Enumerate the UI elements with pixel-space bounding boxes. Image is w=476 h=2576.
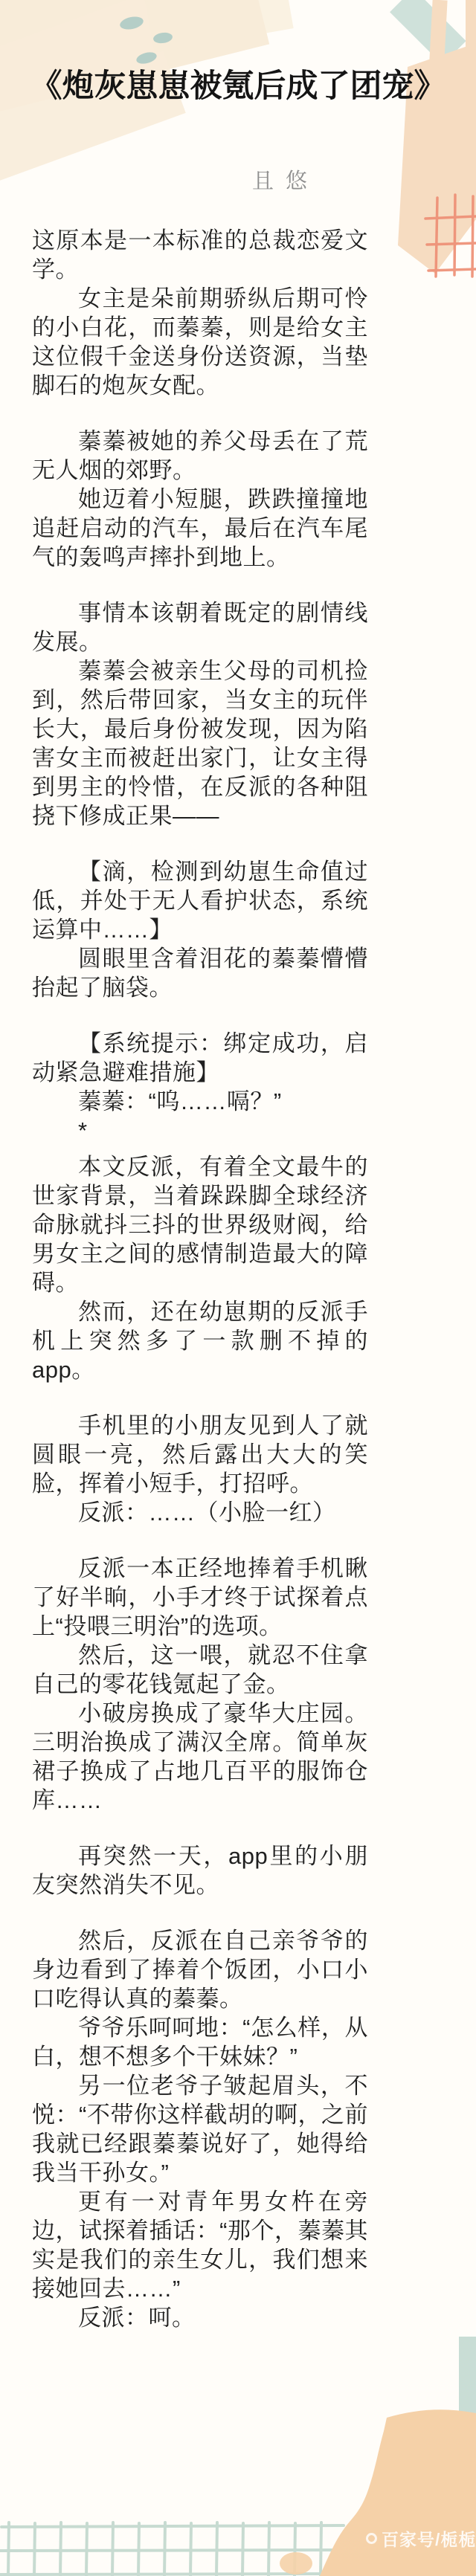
decor-bottom-grid bbox=[0, 2522, 344, 2576]
baijiahao-logo-icon bbox=[366, 2533, 377, 2544]
decor-right-teal-bar bbox=[459, 2337, 476, 2519]
decor-peach-stripe-narrow bbox=[428, 0, 447, 74]
paragraph: 反派：……（小脸一红） bbox=[32, 1498, 368, 1527]
author-name: 且 悠 bbox=[43, 164, 476, 195]
decor-top-right bbox=[390, 0, 476, 274]
paragraph: 再突然一天，app里的小朋友突然消失不见。 bbox=[32, 1841, 368, 1899]
paragraph: 蓁蓁被她的养父母丢在了荒无人烟的郊野。 bbox=[32, 427, 368, 485]
paragraph: 小破房换成了豪华大庄园。三明治换成了满汉全席。简单灰裙子换成了占地几百平的服饰仓… bbox=[32, 1699, 368, 1815]
paragraph: 然而，还在幼崽期的反派手机上突然多了一款删不掉的app。 bbox=[32, 1297, 368, 1384]
watermark: 百家号/栀栀推文 bbox=[366, 2526, 476, 2551]
watermark-text: 百家号/栀栀推文 bbox=[382, 2526, 476, 2551]
page-title: 《炮灰崽崽被氪后成了团宠》 bbox=[0, 68, 476, 105]
paragraph: 圆眼里含着泪花的蓁蓁懵懵抬起了脑袋。 bbox=[32, 944, 368, 1002]
paragraph: 爷爷乐呵呵地：“怎么样，从白，想不想多个干妹妹？” bbox=[32, 2013, 368, 2071]
paragraph: 然后，反派在自己亲爷爷的身边看到了捧着个饭团，小口小口吃得认真的蓁蓁。 bbox=[32, 1926, 368, 2013]
decor-coral-grid bbox=[425, 195, 476, 277]
paragraph: 女主是朵前期骄纵后期可怜的小白花，而蓁蓁，则是给女主这位假千金送身份送资源，当垫… bbox=[32, 284, 368, 400]
paragraph: * bbox=[32, 1116, 368, 1145]
paragraph: 手机里的小朋友见到人了就圆眼一亮，然后露出大大的笑脸，挥着小短手，打招呼。 bbox=[32, 1411, 368, 1498]
paragraph: 蓁蓁会被亲生父母的司机捡到，然后带回家，当女主的玩伴长大，最后身份被发现，因为陷… bbox=[32, 656, 368, 830]
paragraph: 蓁蓁：“呜……嗝？” bbox=[32, 1087, 368, 1116]
paragraph: 本文反派，有着全文最牛的世家背景，当着跺跺脚全球经济命脉就抖三抖的世界级财阀，给… bbox=[32, 1152, 368, 1297]
paragraph: 然后，这一喂，就忍不住拿自己的零花钱氪起了金。 bbox=[32, 1641, 368, 1699]
paragraph: 另一位老爷子皱起眉头，不悦：“不带你这样截胡的啊，之前我就已经跟蓁蓁说好了，她得… bbox=[32, 2071, 368, 2187]
paragraph: 【滴，检测到幼崽生命值过低，并处于无人看护状态，系统运算中……】 bbox=[32, 857, 368, 944]
paragraph: 事情本该朝着既定的剧情线发展。 bbox=[32, 598, 368, 656]
body-text: 这原本是一本标准的总裁恋爱文学。 女主是朵前期骄纵后期可怜的小白花，而蓁蓁，则是… bbox=[32, 226, 368, 2332]
page: 《炮灰崽崽被氪后成了团宠》 且 悠 这原本是一本标准的总裁恋爱文学。 女主是朵前… bbox=[0, 0, 476, 2576]
paragraph: 她迈着小短腿，跌跌撞撞地追赶启动的汽车，最后在汽车尾气的轰鸣声摔扑到地上。 bbox=[32, 485, 368, 572]
paragraph: 更有一对青年男女杵在旁边，试探着插话：“那个，蓁蓁其实是我们的亲生女儿，我们想来… bbox=[32, 2187, 368, 2303]
paragraph: 反派：呵。 bbox=[32, 2303, 368, 2332]
paragraph: 【系统提示：绑定成功，启动紧急避难措施】 bbox=[32, 1029, 368, 1087]
decor-bottom-right-blob bbox=[280, 2409, 476, 2576]
paragraph: 反派一本正经地捧着手机瞅了好半晌，小手才终于试探着点上“投喂三明治”的选项。 bbox=[32, 1554, 368, 1641]
decor-teal-diagonal bbox=[390, 0, 466, 65]
decor-teal-blobs bbox=[119, 15, 173, 66]
paragraph: 这原本是一本标准的总裁恋爱文学。 bbox=[32, 226, 368, 284]
